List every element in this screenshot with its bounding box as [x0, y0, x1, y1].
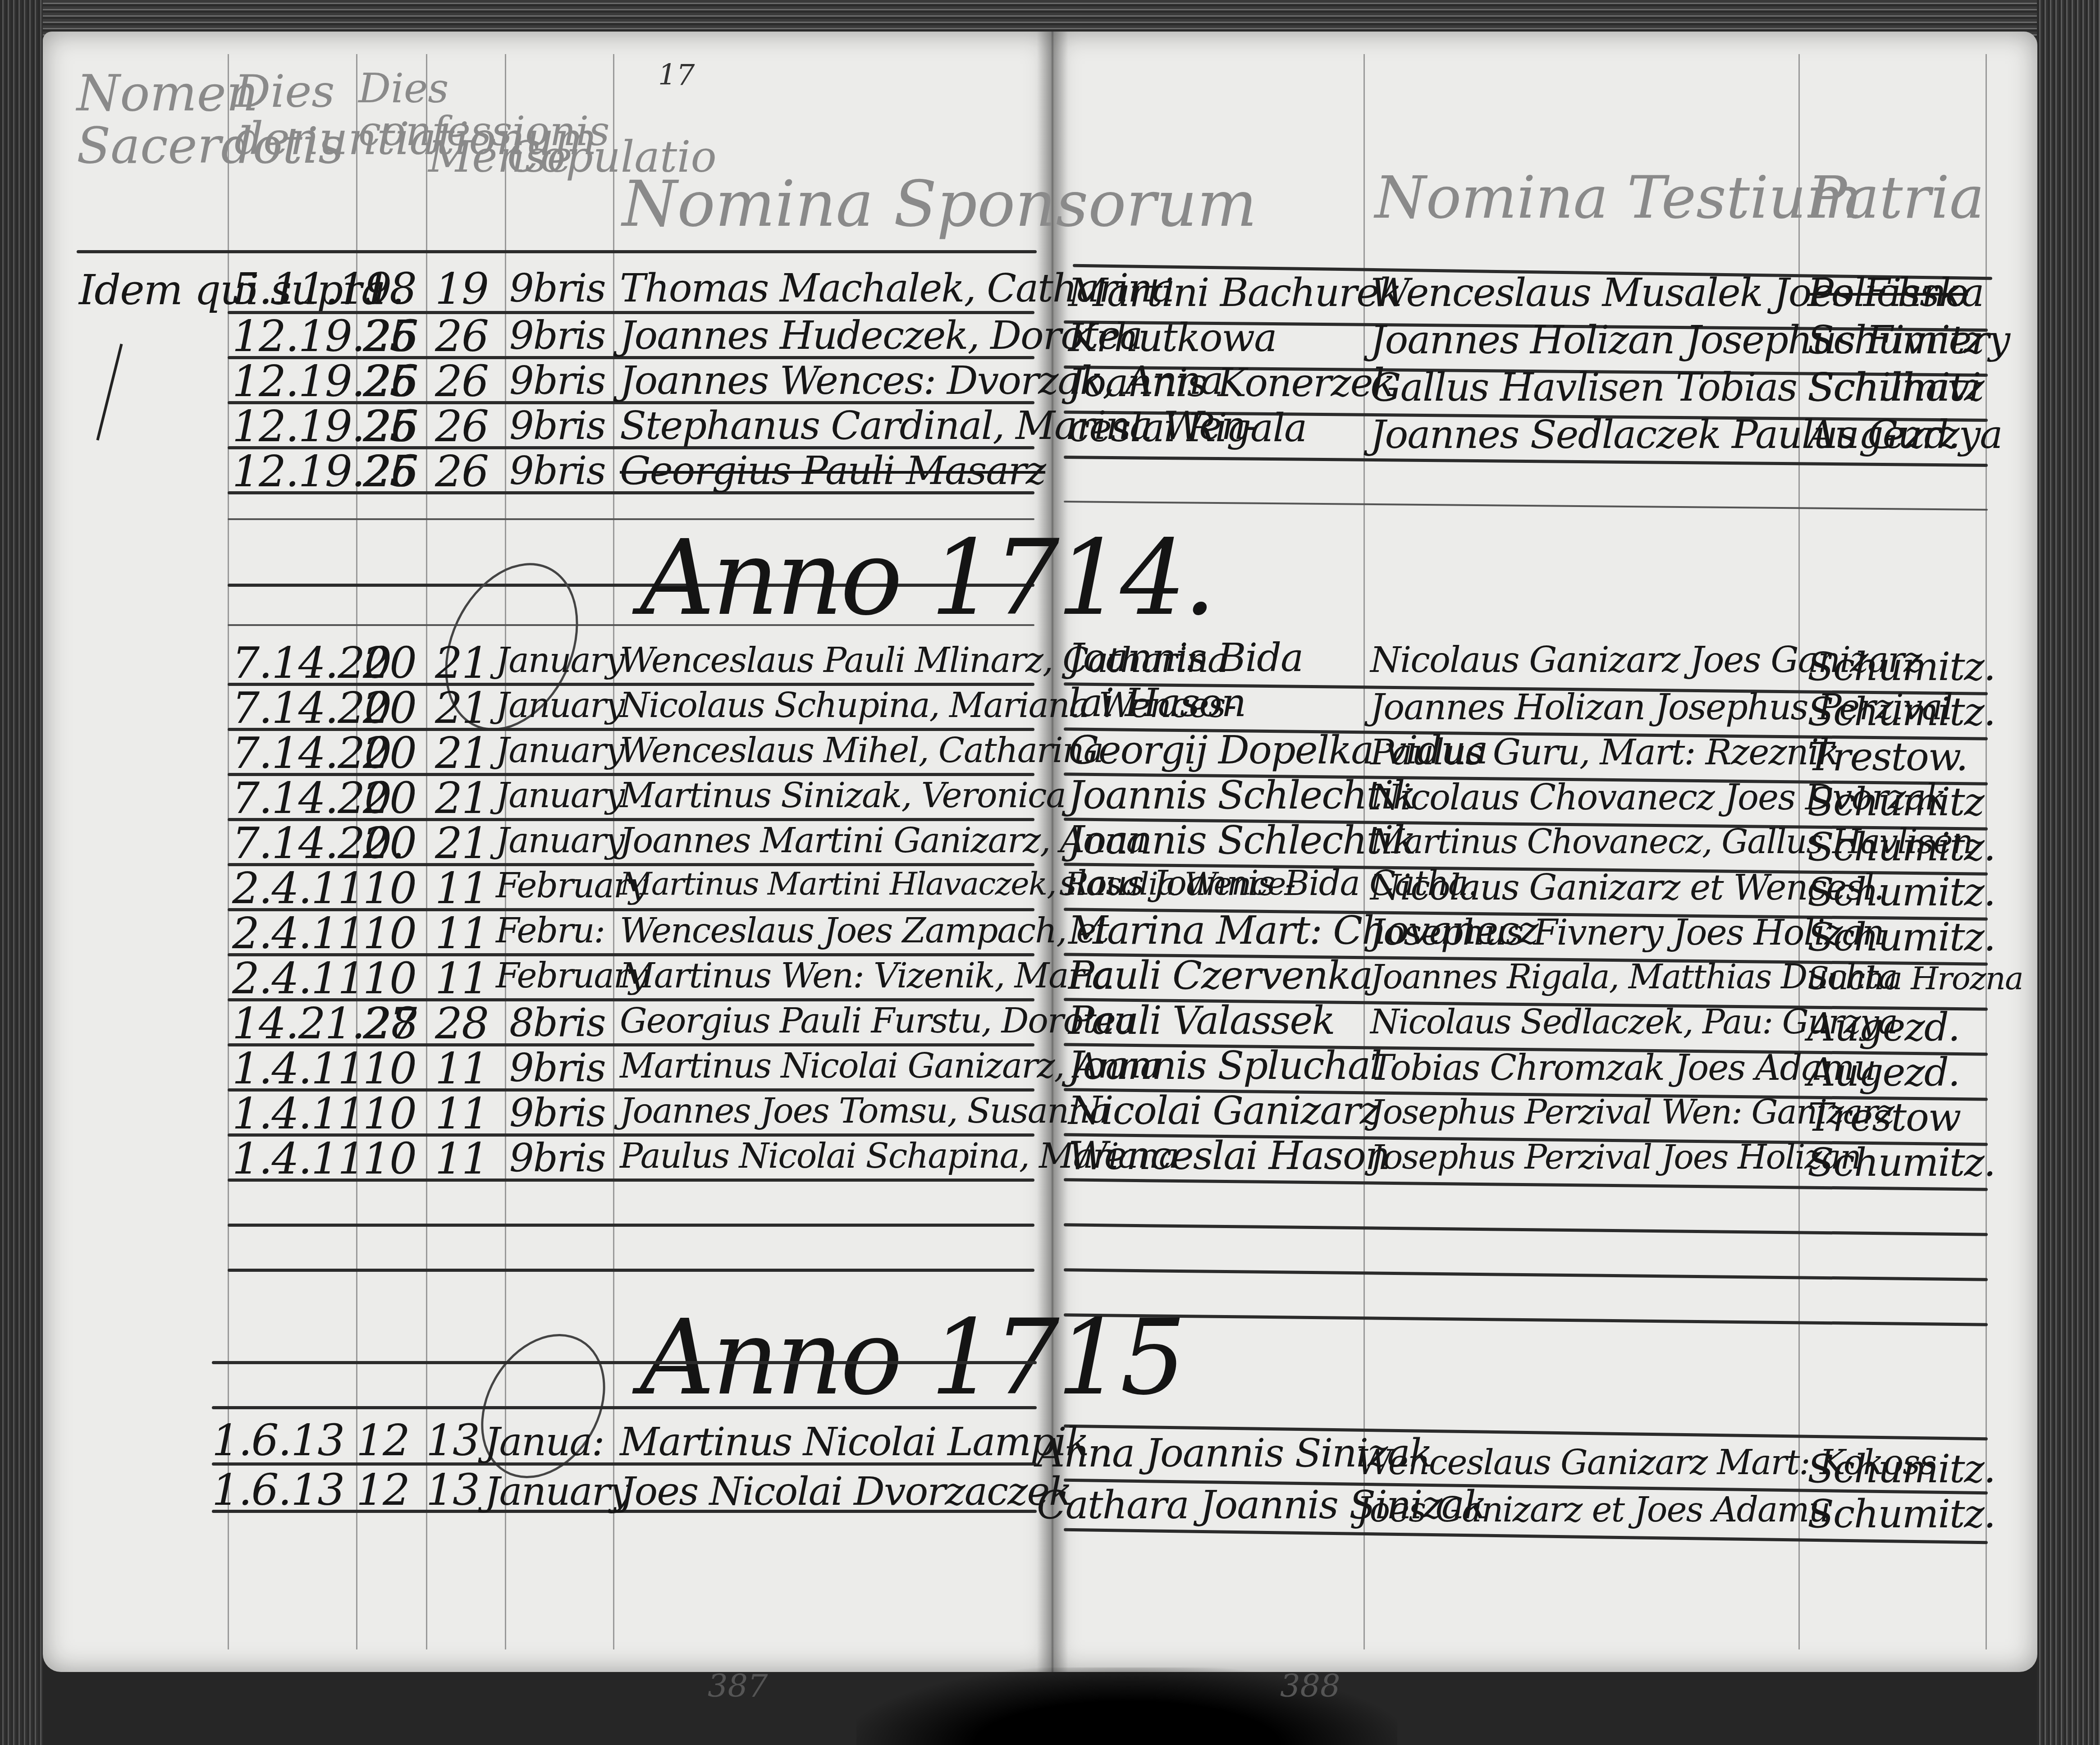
denuntiation-dates: 2.4.11 [232, 908, 364, 959]
header-nomen-sacerdotis: Nomen Sacerdotis [77, 68, 225, 172]
denuntiation-dates: 1.4.11 [232, 1088, 364, 1139]
patria: Schumitz. [1807, 825, 1995, 870]
confession-day: 20 [363, 683, 416, 733]
confession-day: 25 [363, 401, 416, 452]
sponsors-names-continued: Krhutkowa [1068, 315, 1276, 361]
patria: Schumitz. [1807, 870, 1995, 915]
sponsors-names: Wenceslaus Joes Zampach, et [620, 910, 1108, 950]
book-right-edge [2037, 0, 2100, 1745]
marriage-day: 11 [435, 908, 488, 959]
patria: Schumitz. [1807, 690, 1995, 735]
row-rule [212, 1361, 1037, 1364]
sponsors-names: Martinus Sinizak, Veronica [620, 775, 1066, 815]
witnesses-names: Tobias Chromzak Joes Adamu [1370, 1048, 1876, 1088]
marriage-day: 13 [426, 1465, 479, 1515]
sponsors-names-continued: Joannis Spluchal [1068, 1043, 1381, 1088]
marriage-day: 11 [435, 863, 488, 914]
patria: Augezd. [1807, 1050, 1959, 1095]
patria: Sucha Hrozna [1807, 960, 2023, 997]
page-number-left: 387 [708, 1667, 768, 1704]
sponsors-names-continued: Nicolai Ganizarz [1068, 1088, 1379, 1133]
month: 9bris [509, 1091, 605, 1136]
sponsors-names-continued: lai Hason [1068, 681, 1245, 726]
marriage-day: 26 [435, 311, 488, 361]
sponsors-names: Joannes Hudeczek, Dorotea [620, 313, 1142, 358]
month: January [496, 820, 624, 860]
month: January [496, 640, 624, 680]
sponsors-names: Georgius Pauli Furstu, Dorotea [620, 1000, 1135, 1041]
row-rule [228, 1269, 1034, 1272]
confession-day: 10 [363, 1133, 416, 1184]
patria: Schumitz [1807, 318, 1984, 363]
sponsors-names-continued: Pauli Valassek [1068, 998, 1335, 1043]
confession-day: 20 [363, 773, 416, 823]
denuntiation-dates: 1.4.11 [232, 1043, 364, 1094]
confession-day: 10 [363, 1043, 416, 1094]
confession-day: 10 [363, 953, 416, 1004]
patria: Schumitz [1807, 365, 1984, 410]
confession-day: 20 [363, 728, 416, 778]
header-copulatio: Copulatio [507, 135, 611, 180]
confession-day: 12 [356, 1465, 409, 1515]
patria: Schumitz. [1807, 1492, 1995, 1537]
month: 9bris [509, 448, 605, 493]
marriage-day: 28 [435, 998, 488, 1049]
sponsors-names-continued: Joannis Schlechtik [1068, 818, 1415, 863]
marriage-day: 26 [435, 446, 488, 497]
header-patria: Patria [1807, 167, 1988, 228]
sponsors-names-continued: Martini Bachurek [1068, 270, 1401, 315]
header-dies-confessionis: Dies confessionis [358, 68, 426, 153]
marriage-day: 11 [435, 1133, 488, 1184]
sponsors-names: Wenceslaus Mihel, Catharina [620, 730, 1103, 770]
confession-day: 10 [363, 908, 416, 959]
row-rule [228, 1224, 1034, 1227]
confession-day: 25 [363, 356, 416, 407]
header-nomina-sponsorum: Nomina Sponsorum [622, 171, 1257, 238]
witnesses-names: Paulus Guru, Mart: Rzeznik [1370, 732, 1839, 773]
denuntiation-dates: 1.6.13 [212, 1415, 344, 1466]
confession-day: 18 [363, 264, 416, 314]
sponsors-names: Joannes Joes Tomsu, Susanna [620, 1091, 1109, 1131]
header-dies-denuntiationum: Dies denuntiationum [234, 68, 356, 162]
marriage-day: 11 [435, 953, 488, 1004]
confession-day: 12 [356, 1415, 409, 1466]
marriage-day: 21 [435, 683, 488, 733]
folio-number: 17 [658, 59, 695, 92]
confession-day: 27 [363, 998, 416, 1049]
confession-day: 25 [363, 446, 416, 497]
month: 9bris [509, 266, 605, 311]
patria: Schumitz. [1807, 1447, 1995, 1492]
month: 9bris [509, 403, 605, 448]
month: January [496, 775, 624, 815]
patria: Schumitz. [1807, 915, 1995, 960]
marriage-day: 21 [435, 818, 488, 868]
sponsors-names-continued: Wenceslai Hason [1068, 1133, 1389, 1179]
sponsors-names-continued: ceslai Rigala [1068, 406, 1306, 451]
confession-day: 10 [363, 1088, 416, 1139]
year-heading-1714: Anno 1714. [640, 518, 1213, 639]
patria: Schumitz. [1807, 644, 1995, 690]
sponsors-names-continued: Pauli Czervenka [1068, 953, 1372, 998]
page-number-right: 388 [1280, 1667, 1341, 1704]
sponsors-names-struck: Georgius Pauli Masarz [620, 448, 1045, 493]
sponsors-names: Joes Nicolai Dvorzaczek [620, 1469, 1071, 1514]
confession-day: 10 [363, 863, 416, 914]
witnesses-names: Josephus Fivnery Joes Holizan [1370, 913, 1884, 953]
sponsors-names-continued: Joannis Bida [1068, 635, 1303, 681]
month: January [496, 685, 624, 725]
marriage-day: 21 [435, 773, 488, 823]
marriage-day: 26 [435, 356, 488, 407]
marriage-day: 21 [435, 638, 488, 688]
denuntiation-dates: 2.4.11 [232, 953, 364, 1004]
sponsors-names: Martinus Nicolai Lampik [620, 1420, 1089, 1465]
header-nomina-testium: Nomina Testium [1375, 167, 1862, 228]
column-rule [426, 54, 427, 1649]
patria: Trestow. [1807, 735, 1967, 780]
month: Febru: [496, 910, 604, 950]
patria: Schumitz. [1807, 1140, 1995, 1185]
marriage-day: 19 [435, 264, 488, 314]
month: 9bris [509, 1046, 605, 1091]
denuntiation-dates: 2.4.11 [232, 863, 364, 914]
month: 9bris [509, 1136, 605, 1181]
sponsors-names: Martinus Wen: Vizenik, Maria [620, 955, 1113, 996]
month: 9bris [509, 358, 605, 403]
month: January [496, 730, 624, 770]
denuntiation-dates: 1.4.11 [232, 1133, 364, 1184]
sponsors-names-continued: Joannis Konerzek [1068, 361, 1395, 406]
witnesses-names: Joes Ganizarz et Joes Adamu [1357, 1489, 1830, 1530]
month: 8bris [509, 1000, 605, 1046]
sponsors-names: Joannes Martini Ganizarz, Anna [620, 820, 1146, 860]
confession-day: 20 [363, 638, 416, 688]
month: 9bris [509, 313, 605, 358]
month: January [485, 1469, 631, 1514]
marriage-day: 11 [435, 1043, 488, 1094]
patria: Augezd. [1807, 1005, 1959, 1050]
witnesses-names: Josephus Perzival Joes Holizan [1370, 1138, 1861, 1177]
marriage-day: 21 [435, 728, 488, 778]
patria: Augezd. [1807, 412, 1959, 457]
confession-day: 25 [363, 311, 416, 361]
patria: Schumitz [1807, 780, 1984, 825]
sponsors-names-continued: Joannis Schlechtik [1068, 773, 1415, 818]
header-rule [77, 250, 1037, 253]
marriage-day: 26 [435, 401, 488, 452]
open-register-book: Nomen Sacerdotis Dies denuntiationum Die… [0, 0, 2100, 1745]
confession-day: 20 [363, 818, 416, 868]
header-mense: Mense [428, 135, 505, 180]
patria-struck: Polichno [1807, 270, 1968, 315]
denuntiation-dates: 1.6.13 [212, 1465, 344, 1515]
month: Janua: [485, 1420, 604, 1465]
patria: Trestow [1807, 1095, 1960, 1140]
year-heading-1715: Anno 1715 [640, 1298, 1183, 1418]
marriage-day: 11 [435, 1088, 488, 1139]
row-rule [212, 1406, 1037, 1409]
marriage-day: 13 [426, 1415, 479, 1466]
book-left-edge [0, 0, 43, 1745]
witnesses-names: Nicolaus Ganizarz et Wencesl. [1370, 868, 1884, 908]
